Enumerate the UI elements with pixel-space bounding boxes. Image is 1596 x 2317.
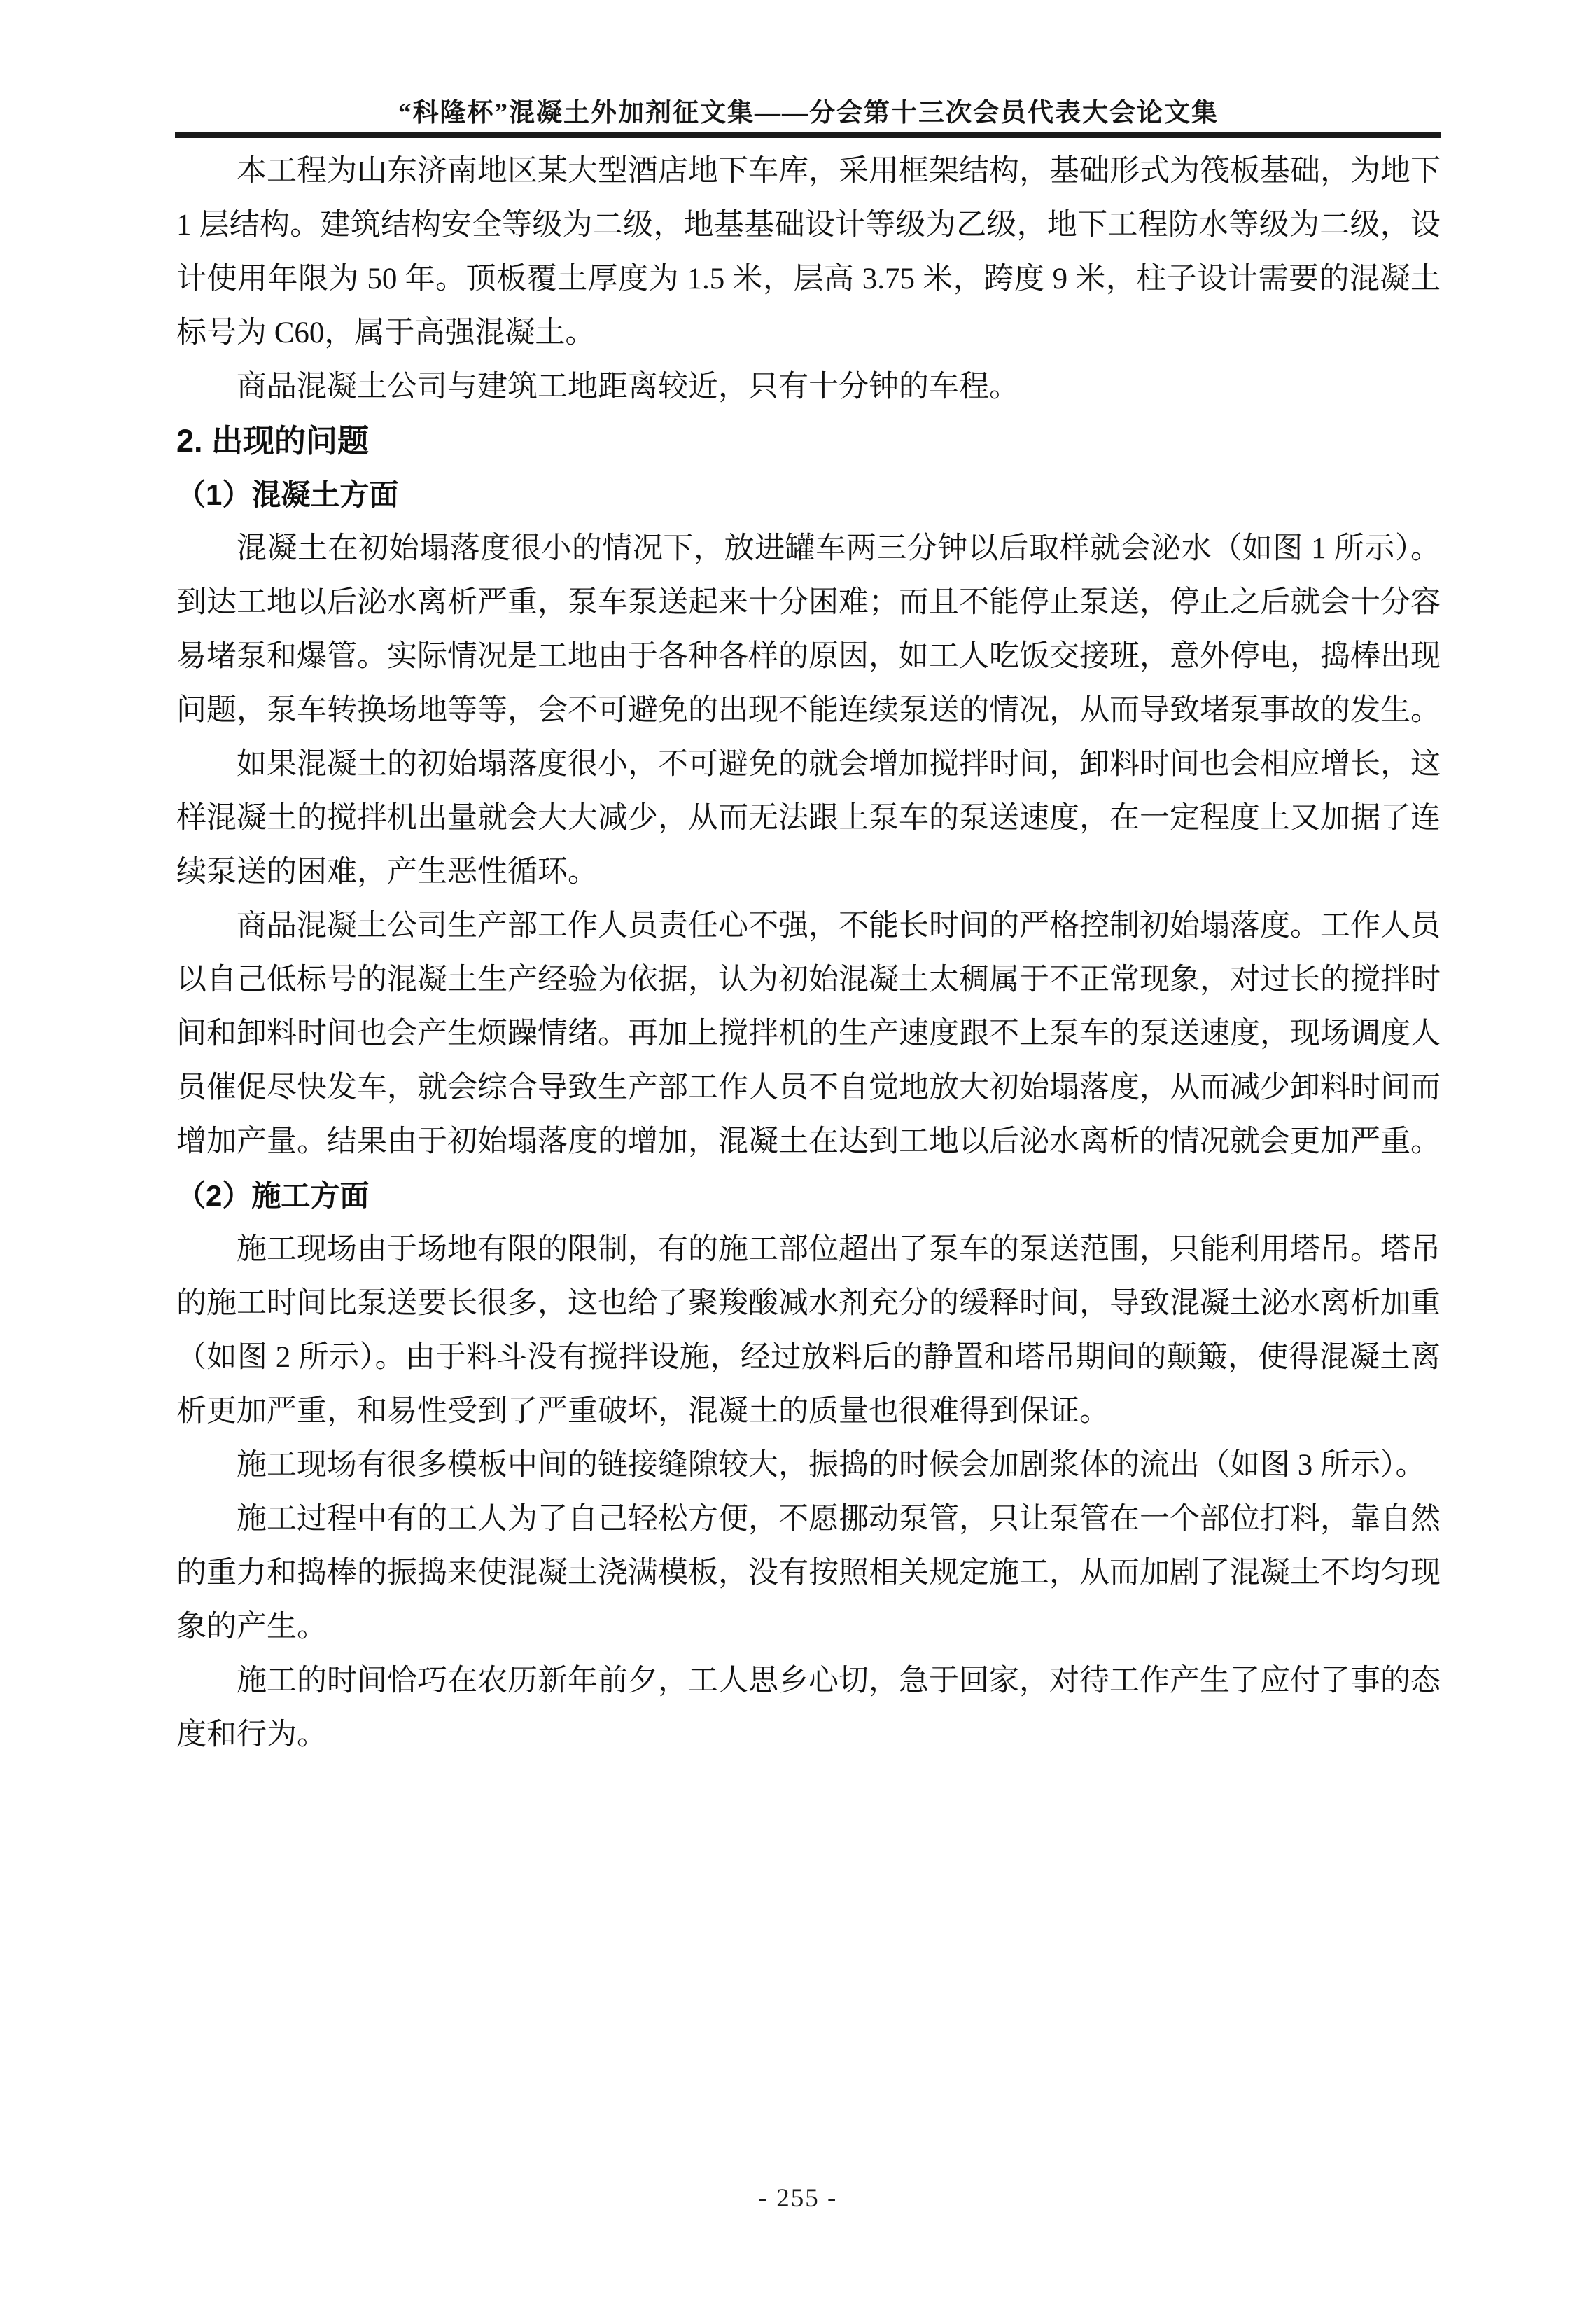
paragraph-formwork-gaps: 施工现场有很多模板中间的链接缝隙较大，振捣的时候会加剧浆体的流出（如图 3 所示… (176, 1438, 1441, 1492)
paragraph-production-staff: 商品混凝土公司生产部工作人员责任心不强，不能长时间的严格控制初始塌落度。工作人员… (176, 899, 1441, 1169)
subsection-heading-concrete: （1）混凝土方面 (176, 468, 1441, 522)
paragraph-slump-bleeding: 混凝土在初始塌落度很小的情况下，放进罐车两三分钟以后取样就会泌水（如图 1 所示… (176, 522, 1441, 737)
document-body: 本工程为山东济南地区某大型酒店地下车库，采用框架结构，基础形式为筏板基础，为地下… (176, 144, 1441, 1762)
paragraph-worker-pumping: 施工过程中有的工人为了自己轻松方便，不愿挪动泵管，只让泵管在一个部位打料，靠自然… (176, 1492, 1441, 1654)
paragraph-tower-crane: 施工现场由于场地有限的限制，有的施工部位超出了泵车的泵送范围，只能利用塔吊。塔吊… (176, 1223, 1441, 1438)
proceedings-header-title: “科隆杯”混凝土外加剂征文集——分会第十三次会员代表大会论文集 (176, 91, 1441, 129)
page-number: - 255 - (759, 2184, 838, 2213)
subsection-heading-construction: （2）施工方面 (176, 1169, 1441, 1223)
paragraph-company-distance: 商品混凝土公司与建筑工地距离较近，只有十分钟的车程。 (176, 360, 1441, 414)
paragraph-project-overview: 本工程为山东济南地区某大型酒店地下车库，采用框架结构，基础形式为筏板基础，为地下… (176, 144, 1441, 360)
paragraph-mixing-time: 如果混凝土的初始塌落度很小，不可避免的就会增加搅拌时间，卸料时间也会相应增长，这… (176, 737, 1441, 899)
paragraph-new-year: 施工的时间恰巧在农历新年前夕，工人思乡心切，急于回家，对待工作产生了应付了事的态… (176, 1654, 1441, 1762)
page-footer: - 255 - (0, 2183, 1596, 2213)
header-rule (175, 132, 1441, 138)
section-heading-problems: 2. 出现的问题 (176, 414, 1441, 468)
document-page: “科隆杯”混凝土外加剂征文集——分会第十三次会员代表大会论文集 本工程为山东济南… (0, 0, 1596, 2317)
